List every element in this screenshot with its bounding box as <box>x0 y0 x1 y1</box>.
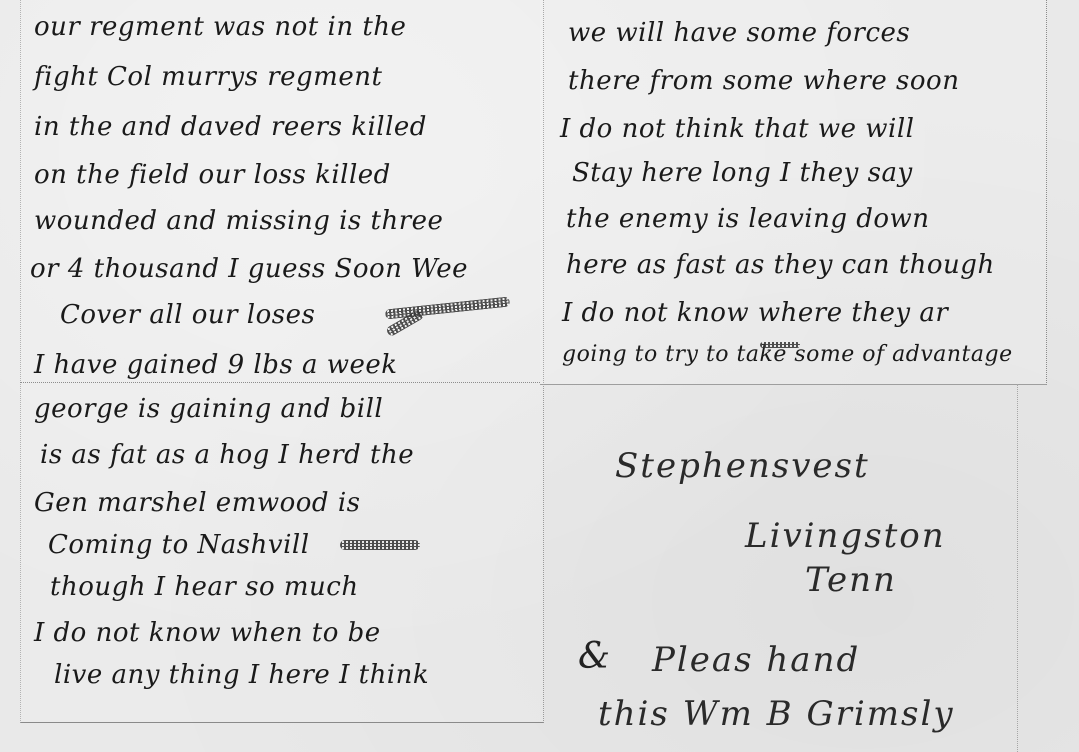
tear-line <box>20 382 540 383</box>
letter-line: I have gained 9 lbs a week <box>34 350 398 380</box>
letter-line: I do not know where they ar <box>562 298 948 328</box>
letter-line: Stay here long I they say <box>572 158 913 188</box>
postscript-line: this Wm B Grimsly <box>598 694 955 734</box>
letter-line: here as fast as they can though <box>566 250 995 280</box>
address-line: Livingston <box>745 516 946 556</box>
letter-line: is as fat as a hog I herd the <box>40 440 414 470</box>
letter-line: george is gaining and bill <box>34 394 383 424</box>
fold-line <box>1017 384 1018 752</box>
letter-line: though I hear so much <box>50 572 359 602</box>
address-line: Stephensvest <box>615 446 870 486</box>
letter-line: the enemy is leaving down <box>566 204 930 234</box>
letter-line: on the field our loss killed <box>34 160 391 190</box>
strikeout-scribble <box>760 342 800 348</box>
letter-line: we will have some forces <box>568 18 910 48</box>
letter-line: I do not think that we will <box>560 114 915 144</box>
letter-line: Gen marshel emwood is <box>34 488 360 518</box>
letter-line: wounded and missing is three <box>34 206 443 236</box>
strikeout-scribble <box>340 540 420 550</box>
postscript-line: Pleas hand <box>652 640 860 680</box>
letter-line: in the and daved reers killed <box>34 112 427 142</box>
letter-line: Coming to Nashvill <box>48 530 310 560</box>
ampersand-mark: & <box>578 636 610 677</box>
letter-line: our regment was not in the <box>34 12 406 42</box>
letter-line: or 4 thousand I guess Soon Wee <box>30 254 468 284</box>
letter-line: I do not know when to be <box>34 618 381 648</box>
letter-line: Cover all our loses <box>60 300 315 330</box>
address-line: Tenn <box>805 560 897 600</box>
letter-line: there from some where soon <box>568 66 959 96</box>
letter-line: fight Col murrys regment <box>34 62 382 92</box>
letter-line: live any thing I here I think <box>54 660 429 690</box>
